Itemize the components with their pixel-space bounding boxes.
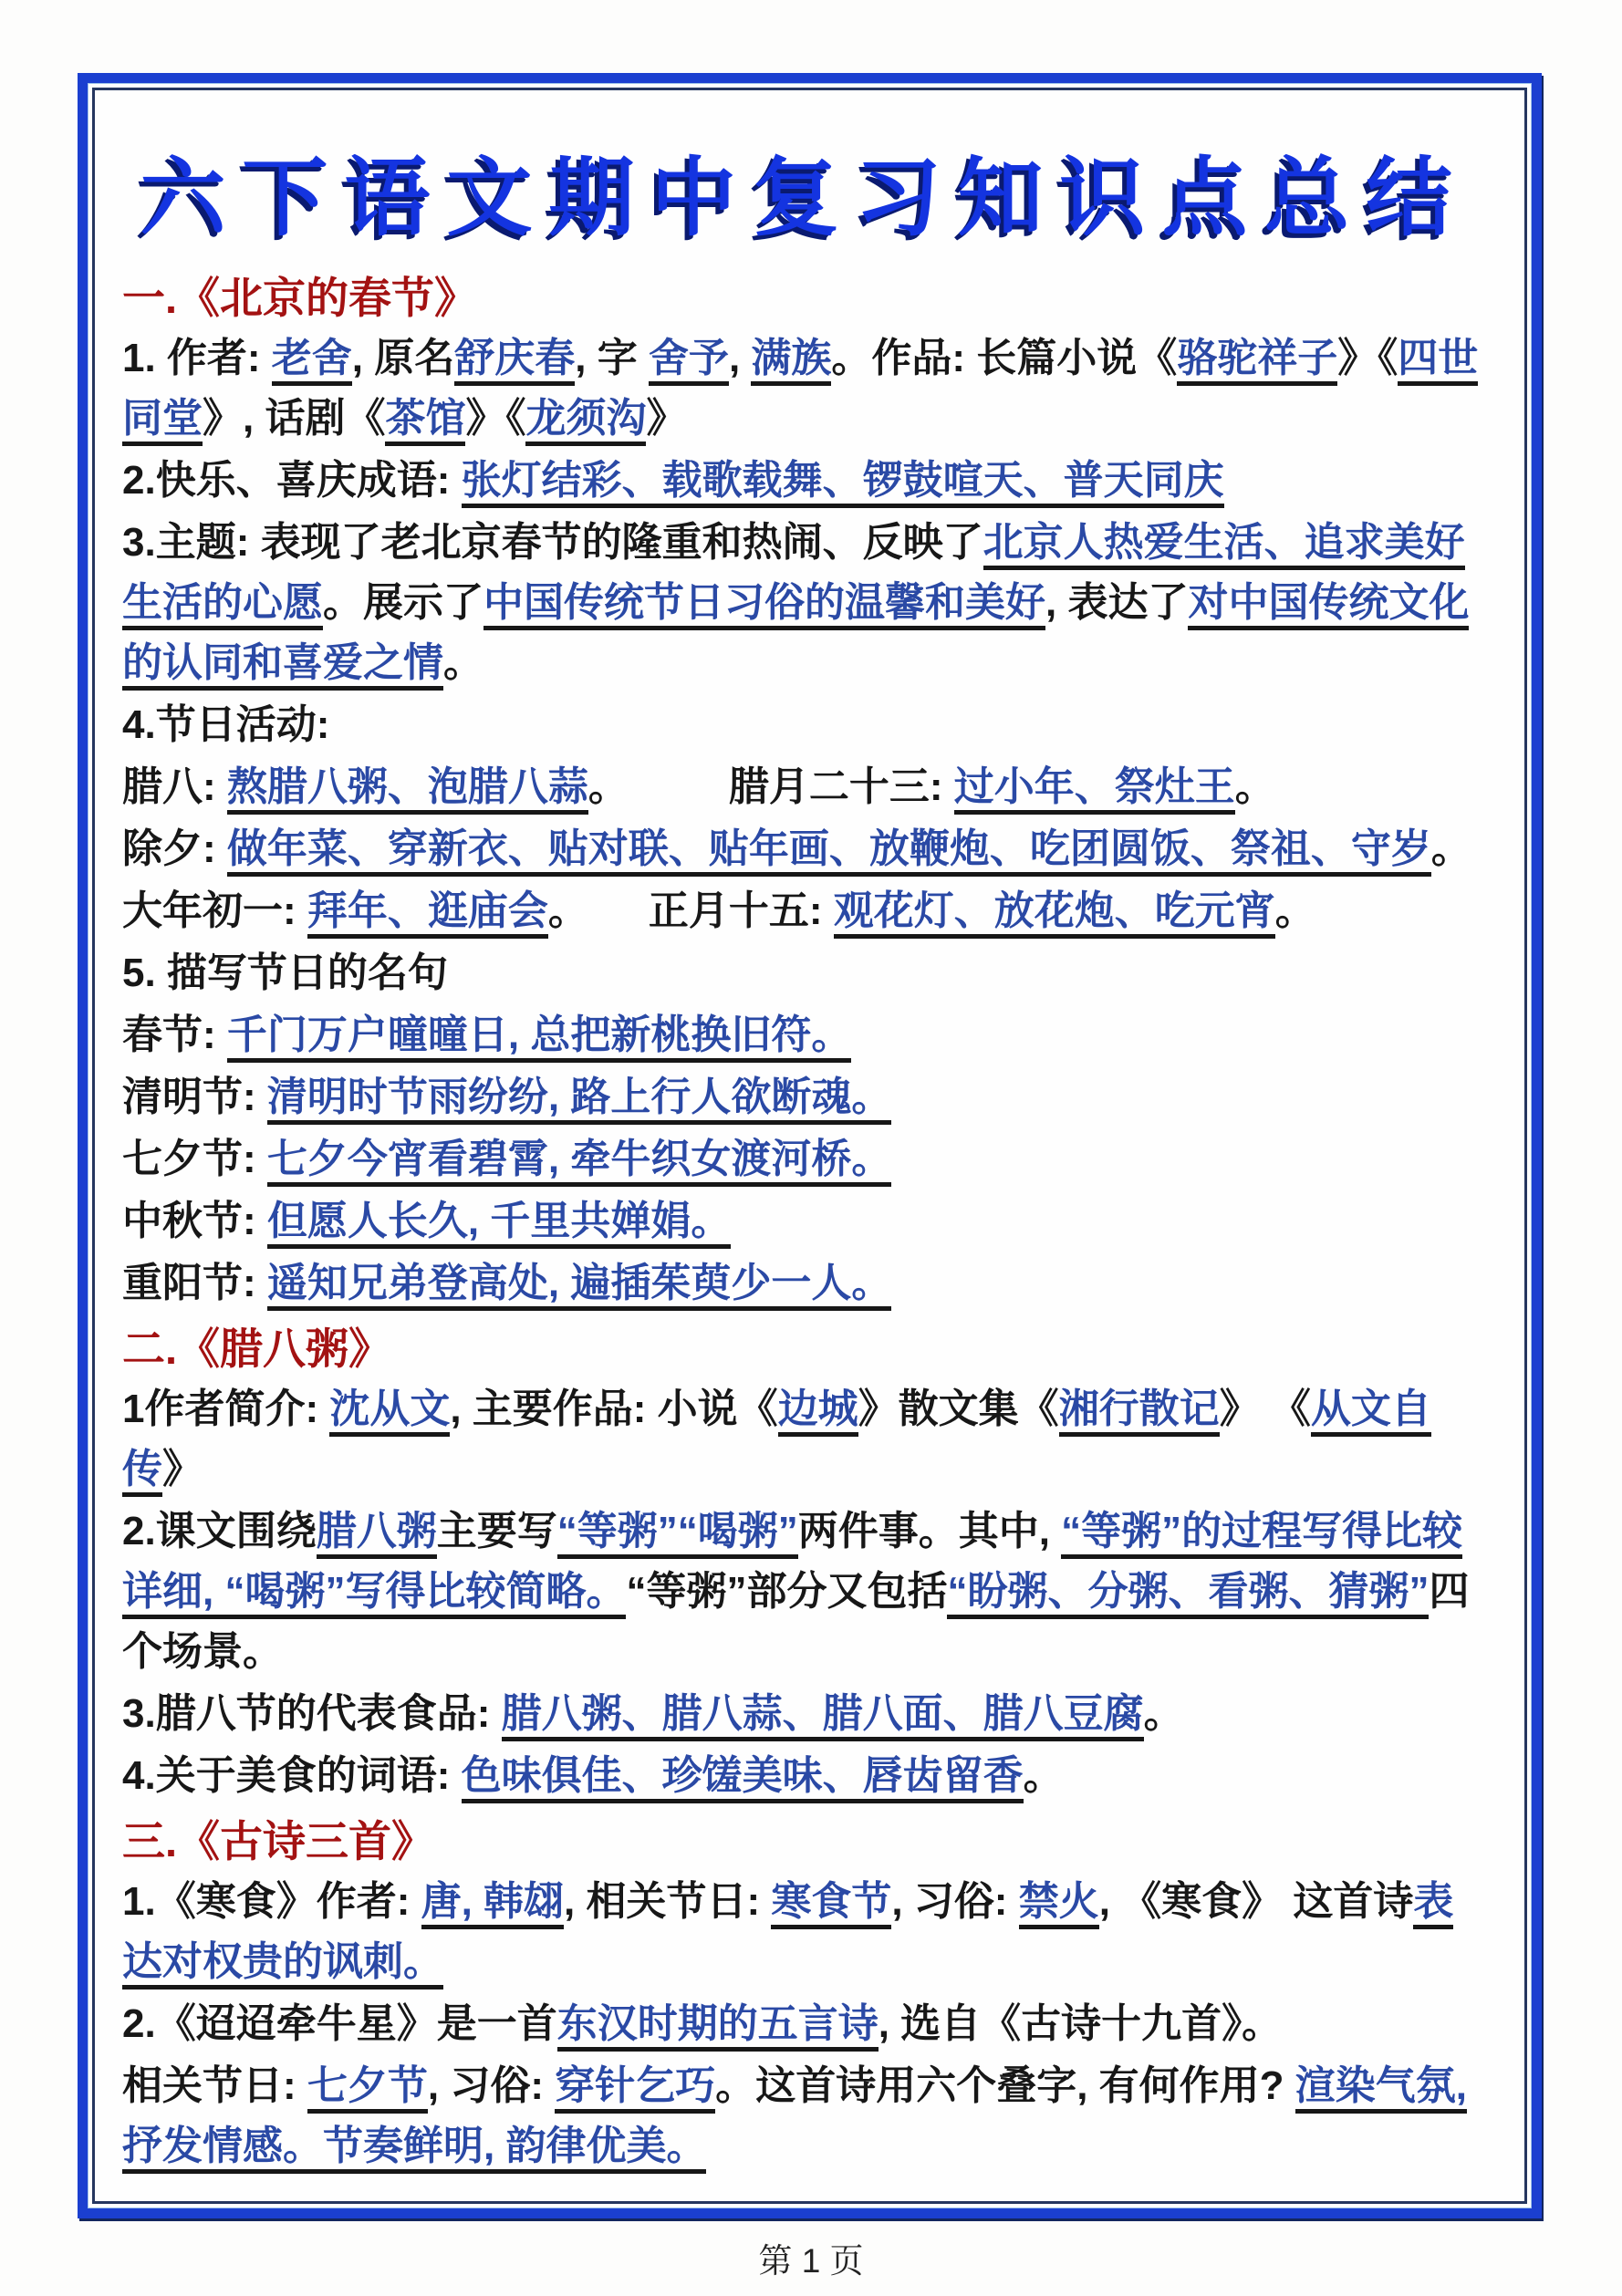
body-text: 。 [1275, 888, 1315, 933]
body-text: , 习俗: [428, 2063, 555, 2108]
text-paragraph: 1.《寒食》作者: 唐, 韩翃, 相关节日: 寒食节, 习俗: 禁火, 《寒食》… [122, 1872, 1486, 1992]
body-text: 两件事。其中, [798, 1509, 1061, 1553]
text-paragraph: 清明节: 清明时节雨纷纷, 路上行人欲断魂。 [122, 1067, 1486, 1127]
answer-text: 观花灯、放花炮、吃元宵 [834, 888, 1275, 939]
body-text: , 字 [575, 336, 649, 380]
text-paragraph: 春节: 千门万户曈曈日, 总把新桃换旧符。 [122, 1005, 1486, 1065]
body-text: , 原名 [352, 336, 454, 380]
answer-text: 千门万户曈曈日, 总把新桃换旧符。 [227, 1013, 851, 1063]
text-paragraph: 4.关于美食的词语: 色味俱佳、珍馐美味、唇齿留香。 [122, 1746, 1486, 1806]
answer-text: 边城 [778, 1387, 858, 1437]
text-paragraph: 七夕节: 七夕今宵看碧霄, 牵牛织女渡河桥。 [122, 1129, 1486, 1190]
page-title: 六下语文期中复习知识点总结 [122, 129, 1486, 252]
text-paragraph: 除夕: 做年菜、穿新衣、贴对联、贴年画、放鞭炮、吃团圆饭、祭祖、守岁。 [122, 819, 1486, 879]
body-text: 。这首诗用六个叠字, 有何作用? [715, 2063, 1295, 2108]
body-text: 中秋节: [122, 1199, 267, 1243]
answer-text: 禁火 [1019, 1879, 1099, 1929]
answer-text: 舒庆春 [454, 336, 575, 386]
body-text: 2.课文围绕 [122, 1509, 317, 1553]
text-paragraph: 4.节日活动: [122, 695, 1486, 755]
body-text: 2.快乐、喜庆成语: [122, 458, 462, 503]
body-text: , 主要作品: 小说《 [450, 1387, 777, 1431]
body-text: 。 腊月二十三: [588, 764, 954, 809]
answer-text: 但愿人长久, 千里共婵娟。 [267, 1199, 731, 1249]
answer-text: 色味俱佳、珍馐美味、唇齿留香 [462, 1753, 1024, 1803]
answer-text: 拜年、逛庙会 [307, 888, 548, 939]
answer-text: 龙须沟 [525, 396, 646, 446]
answer-text: 腊八粥 [317, 1509, 437, 1559]
answer-text: 做年菜、穿新衣、贴对联、贴年画、放鞭炮、吃团圆饭、祭祖、守岁 [227, 826, 1431, 877]
body-text: , 表达了 [1045, 580, 1188, 625]
body-text: 》《 [465, 396, 525, 441]
body-text: 七夕节: [122, 1137, 267, 1181]
answer-text: 满族 [751, 336, 831, 386]
text-paragraph: 1. 作者: 老舍, 原名舒庆春, 字 舍予, 满族。作品: 长篇小说《骆驼祥子… [122, 328, 1486, 449]
answer-text: 七夕今宵看碧霄, 牵牛织女渡河桥。 [267, 1137, 891, 1187]
body-text: 重阳节: [122, 1261, 267, 1305]
body-text: 春节: [122, 1013, 227, 1057]
body-text: 腊八: [122, 764, 227, 809]
text-paragraph: 腊八: 熬腊八粥、泡腊八蒜。 腊月二十三: 过小年、祭灶王。 [122, 757, 1486, 817]
body-text: 4.节日活动: [122, 702, 329, 747]
body-text: 》 [646, 396, 686, 441]
body-text: 主要写 [437, 1509, 557, 1553]
document-border-frame: 六下语文期中复习知识点总结 一.《北京的春节》1. 作者: 老舍, 原名舒庆春,… [78, 73, 1542, 2218]
text-paragraph: 相关节日: 七夕节, 习俗: 穿针乞巧。这首诗用六个叠字, 有何作用? 渲染气氛… [122, 2056, 1486, 2177]
body-text: 。 [1431, 826, 1471, 871]
text-paragraph: 5. 描写节日的名句 [122, 943, 1486, 1003]
body-text: 。展示了 [323, 580, 483, 625]
text-paragraph: 1作者简介: 沈从文, 主要作品: 小说《边城》散文集《湘行散记》 《从文自传》 [122, 1379, 1486, 1500]
body-text: 》 《 [1220, 1387, 1311, 1431]
body-text: 。 [443, 640, 483, 685]
body-text: , 《寒食》 这首诗 [1099, 1879, 1414, 1924]
answer-text: 过小年、祭灶王 [954, 764, 1235, 815]
text-paragraph: 中秋节: 但愿人长久, 千里共婵娟。 [122, 1191, 1486, 1252]
section-heading: 二.《腊八粥》 [122, 1319, 1486, 1379]
answer-text: 老舍 [272, 336, 352, 386]
document-inner-frame: 六下语文期中复习知识点总结 一.《北京的春节》1. 作者: 老舍, 原名舒庆春,… [92, 88, 1527, 2204]
answer-text: 唐, 韩翃 [421, 1879, 564, 1929]
text-paragraph: 重阳节: 遥知兄弟登高处, 遍插茱萸少一人。 [122, 1253, 1486, 1314]
answer-text: 东汉时期的五言诗 [557, 2001, 879, 2052]
body-text: 清明节: [122, 1075, 267, 1119]
body-text: “等粥”部分又包括 [626, 1569, 947, 1614]
answer-text: 遥知兄弟登高处, 遍插茱萸少一人。 [267, 1261, 891, 1311]
answer-text: 骆驼祥子 [1177, 336, 1337, 386]
answer-text: 舍予 [649, 336, 729, 386]
answer-text: 腊八粥、腊八蒜、腊八面、腊八豆腐 [502, 1691, 1144, 1741]
content-area: 一.《北京的春节》1. 作者: 老舍, 原名舒庆春, 字 舍予, 满族。作品: … [122, 268, 1486, 2177]
body-text: 3.主题: 表现了老北京春节的隆重和热闹、反映了 [122, 520, 983, 565]
body-text: 。 [1235, 764, 1275, 809]
answer-text: 穿针乞巧 [555, 2063, 715, 2114]
section-heading: 一.《北京的春节》 [122, 268, 1486, 328]
body-text: 1作者简介: [122, 1387, 329, 1431]
text-paragraph: 3.腊八节的代表食品: 腊八粥、腊八蒜、腊八面、腊八豆腐。 [122, 1684, 1486, 1744]
section-heading: 三.《古诗三首》 [122, 1812, 1486, 1872]
answer-text: 寒食节 [771, 1879, 891, 1929]
body-text: 4.关于美食的词语: [122, 1753, 462, 1798]
body-text: 。 正月十五: [548, 888, 834, 933]
answer-text: “等粥”“喝粥” [557, 1509, 798, 1559]
text-paragraph: 2.课文围绕腊八粥主要写“等粥”“喝粥”两件事。其中, “等粥”的过程写得比较详… [122, 1501, 1486, 1682]
body-text: 》 [162, 1447, 203, 1491]
text-paragraph: 2.快乐、喜庆成语: 张灯结彩、载歌载舞、锣鼓喧天、普天同庆 [122, 451, 1486, 511]
body-text: 5. 描写节日的名句 [122, 951, 448, 995]
body-text: , 习俗: [891, 1879, 1018, 1924]
body-text: 。 [1144, 1691, 1184, 1736]
body-text: 相关节日: [122, 2063, 307, 2108]
body-text: 大年初一: [122, 888, 307, 933]
answer-text: “盼粥、分粥、看粥、猜粥” [947, 1569, 1429, 1619]
answer-text: 清明时节雨纷纷, 路上行人欲断魂。 [267, 1075, 891, 1125]
answer-text: 茶馆 [385, 396, 465, 446]
body-text: 3.腊八节的代表食品: [122, 1691, 502, 1736]
text-paragraph: 2.《迢迢牵牛星》是一首东汉时期的五言诗, 选自《古诗十九首》。 [122, 1994, 1486, 2054]
answer-text: 熬腊八粥、泡腊八蒜 [227, 764, 588, 815]
body-text: 1. 作者: [122, 336, 272, 380]
body-text: 》, 话剧《 [203, 396, 385, 441]
body-text: , 选自《古诗十九首》。 [879, 2001, 1282, 2046]
body-text: 》《 [1337, 336, 1398, 380]
body-text: 除夕: [122, 826, 227, 871]
body-text: 》散文集《 [858, 1387, 1059, 1431]
answer-text: 沈从文 [329, 1387, 450, 1437]
body-text: , 相关节日: [564, 1879, 771, 1924]
body-text: 2.《迢迢牵牛星》是一首 [122, 2001, 557, 2046]
answer-text: 张灯结彩、载歌载舞、锣鼓喧天、普天同庆 [462, 458, 1224, 508]
text-paragraph: 大年初一: 拜年、逛庙会。 正月十五: 观花灯、放花炮、吃元宵。 [122, 881, 1486, 941]
answer-text: 湘行散记 [1059, 1387, 1220, 1437]
text-paragraph: 3.主题: 表现了老北京春节的隆重和热闹、反映了北京人热爱生活、追求美好生活的心… [122, 513, 1486, 693]
body-text: , [729, 336, 751, 380]
body-text: 。作品: 长篇小说《 [831, 336, 1177, 380]
page-number: 第 1 页 [0, 2233, 1622, 2282]
answer-text: 七夕节 [307, 2063, 428, 2114]
body-text: 1.《寒食》作者: [122, 1879, 421, 1924]
body-text: 。 [1024, 1753, 1064, 1798]
answer-text: 中国传统节日习俗的温馨和美好 [483, 580, 1045, 630]
